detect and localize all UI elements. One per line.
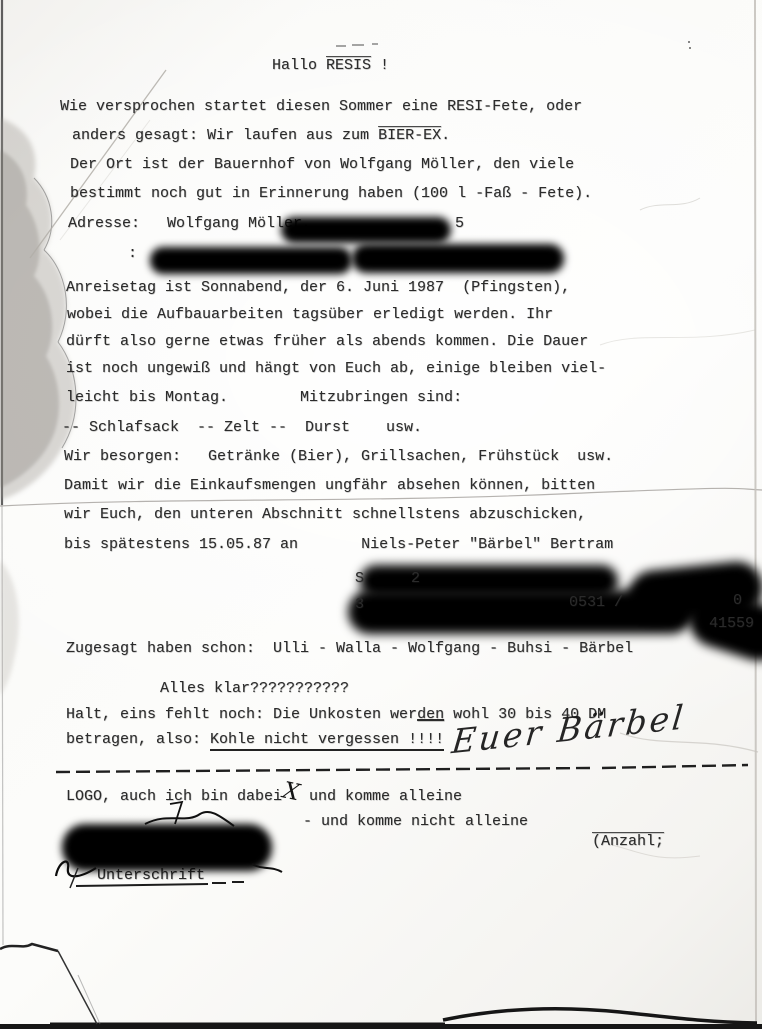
crease-right-2 [600,330,755,345]
line-text: Halt, eins fehlt noch: Die Unkosten wer [66,706,417,723]
slip-option-alone: und komme alleine [309,789,462,804]
heading-post: ! [371,57,389,74]
letter-line: Der Ort ist der Bauernhof von Wolfgang M… [70,157,574,172]
paper-edge-left-lower [2,505,3,945]
date-line: Anreisetag ist Sonnabend, der 6. Juni 19… [66,280,570,295]
kohle-emphasis: Kohle nicht vergessen !!!! [210,731,444,751]
letter-line: anders gesagt: Wir laufen aus zum BIER-E… [72,128,450,143]
letter-line: Wie versprochen startet diesen Sommer ei… [60,99,582,114]
dashed-cut-line [56,765,748,772]
contact-street-initial: S [355,571,364,586]
letter-line: leicht bis Montag. Mitzubringen sind: [66,390,462,405]
slip-option-not-alone: - und komme nicht alleine [303,814,528,829]
contact-name: Niels-Peter "Bärbel" Bertram [361,536,613,553]
paper-edge-right [755,0,756,1029]
handwritten-x-mark: X [280,778,301,807]
left-stain-lower [0,560,19,695]
unterschrift-underline-dashes [212,882,244,883]
address-line-2: : [128,246,137,261]
redaction-address-2a [150,247,352,274]
scanned-letter-page: Hallo RESIS ! Wie versprochen startet di… [0,0,762,1029]
heading-emph: RESIS [326,57,371,74]
bottom-edge-curve [443,1009,757,1023]
left-stain-blob [0,118,76,500]
contact-city-initial: 3 [355,597,364,612]
slip-intro-line: LOGO, auch ich bin dabei [66,789,282,804]
heading-pre: Hallo [272,57,326,74]
contact-phone-tail: 0 [733,593,742,608]
contact-phone-partial: 41559 [709,616,754,631]
unterschrift-hook [70,868,78,888]
overstrike-marks [336,44,378,46]
letter-heading: Hallo RESIS ! [272,58,389,73]
anzahl-label: (Anzahl; [592,834,664,849]
letter-line: wir Euch, den unteren Abschnitt schnells… [64,507,586,522]
left-stain-blob-dark [0,150,59,488]
line-text: bis spätestens 15.05.87 an [64,536,361,553]
letter-line: ist noch ungewiß und hängt von Euch ab, … [66,361,606,376]
redaction-address-2b [352,244,564,273]
bottom-left-squiggle [0,944,58,951]
line-text: . [441,127,450,144]
scanner-bottom-strip [0,1024,762,1029]
letter-line: wobei die Aufbauarbeiten tagsüber erledi… [67,307,553,322]
kohle-line: betragen, also: Kohle nicht vergessen !!… [66,732,444,747]
line-text: anders gesagt: Wir laufen aus zum [72,127,378,144]
letter-line: Wir besorgen: Getränke (Bier), Grillsach… [64,449,613,464]
unterschrift-underline [76,884,208,886]
letter-line: bestimmt noch gut in Erinnerung haben (1… [70,186,592,201]
bottom-left-diagonal-2 [78,975,100,1024]
contact-phone-area: 0531 / [569,595,623,610]
confirmed-guests-line: Zugesagt haben schon: Ulli - Walla - Wol… [66,641,633,656]
redaction-signature [62,824,272,871]
line-text: betragen, also: [66,731,210,748]
address-house-number: 5 [455,216,464,231]
alles-klar-line: Alles klar??????????? [160,681,349,696]
underlined-text: den [417,706,444,723]
contact-street-number: 2 [411,571,420,586]
letter-line: dürft also gerne etwas früher als abends… [66,334,588,349]
bottom-left-diagonal [58,951,97,1024]
redaction-address-1 [281,217,451,243]
crease-right-1 [640,198,700,210]
bier-ex-emph: BIER-EX [378,127,441,144]
letter-line: Damit wir die Einkaufsmengen ungfähr abs… [64,478,595,493]
speck-topright [688,42,691,48]
bring-list-line: -- Schlafsack -- Zelt -- Durst usw. [62,420,422,435]
signature-scribble-seven [170,802,182,824]
deadline-line: bis spätestens 15.05.87 an Niels-Peter "… [64,537,613,552]
